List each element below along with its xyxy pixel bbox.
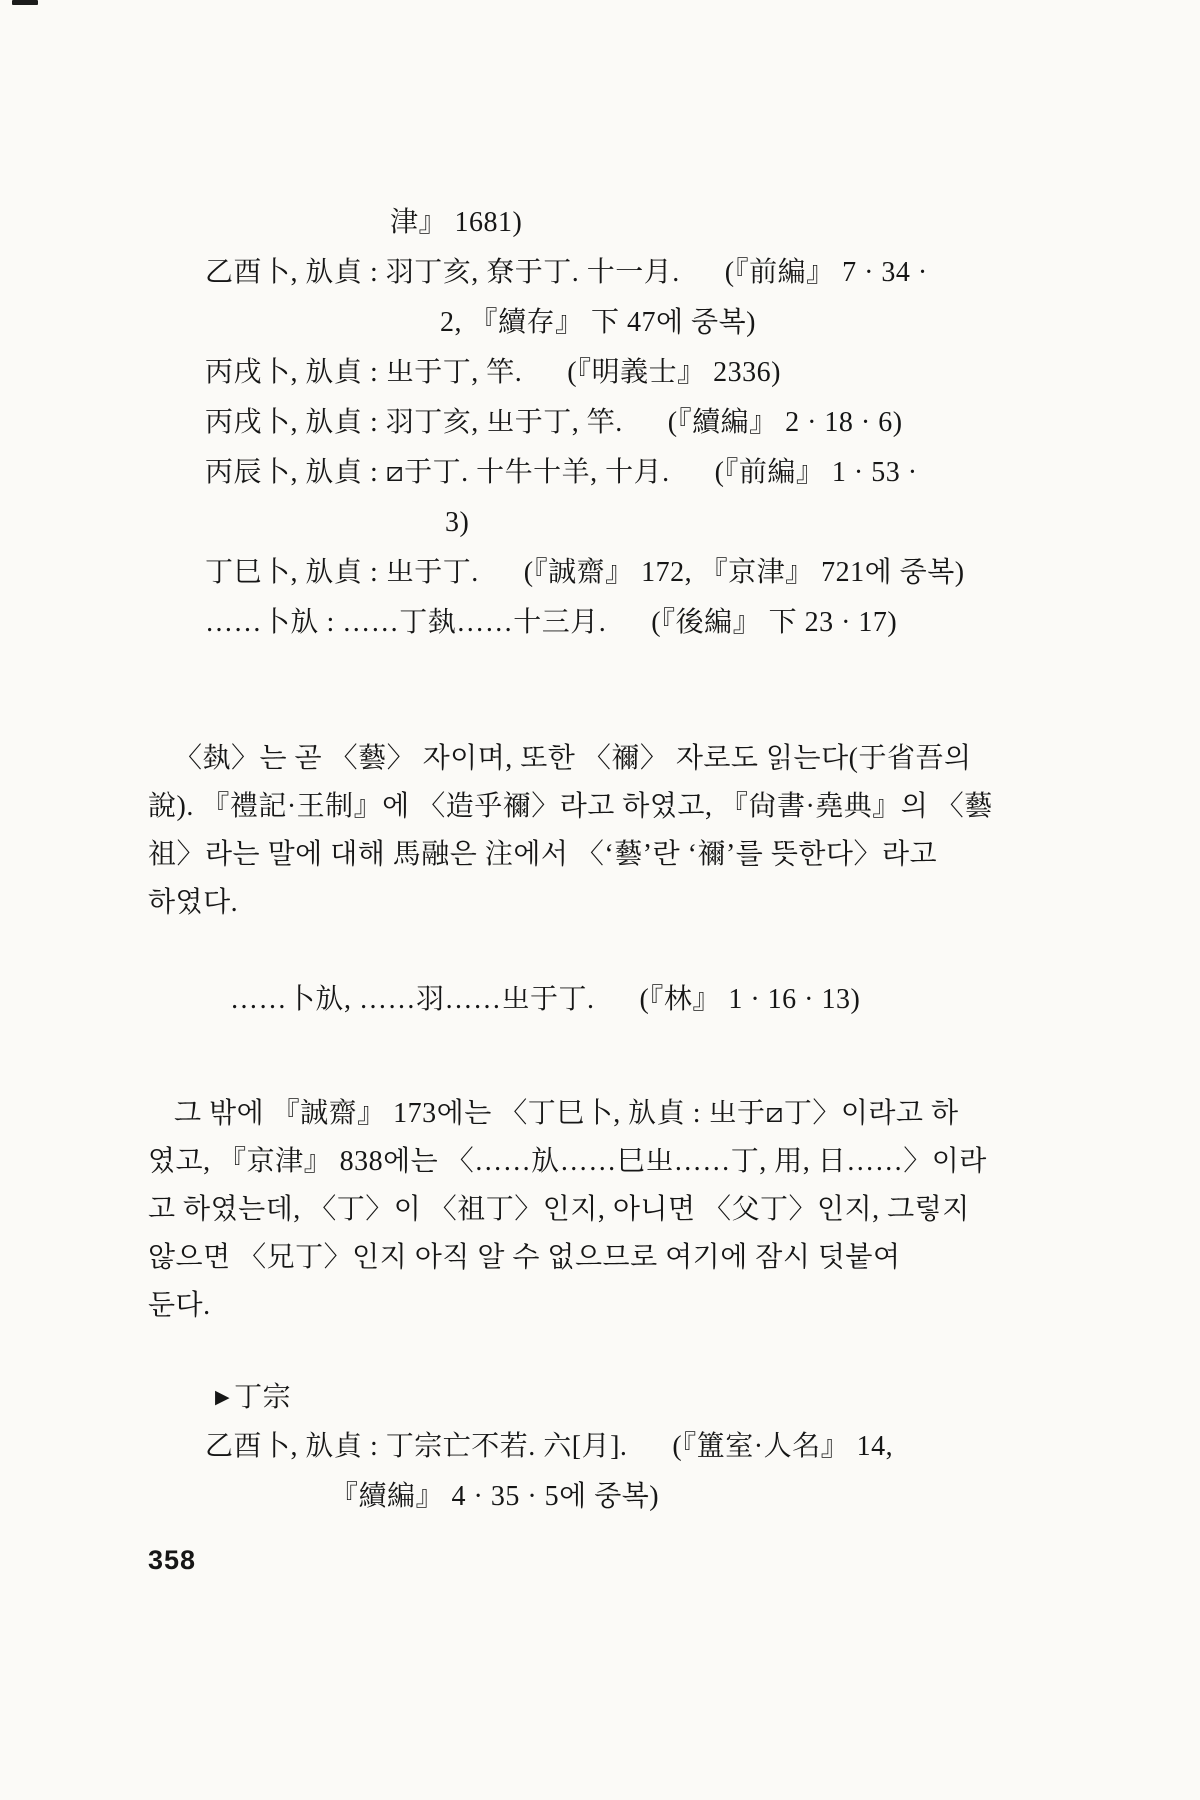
inscription-line: ……卜㫃, ……羽……㞢于丁. (『林』 1 · 16 · 13) xyxy=(148,975,1055,1025)
section-title: 丁宗 xyxy=(234,1382,291,1413)
scan-artifact xyxy=(12,0,38,5)
inscription-line: ……卜㫃 : ……丁埶……十三月. (『後編』 下 23 · 17) xyxy=(148,598,1055,648)
paragraph-line: 하였다. xyxy=(148,879,1055,927)
paragraph-line: 그 밖에 『誠齋』 173에는 〈丁巳卜, 㫃貞 : 㞢于⧄丁〉이라고 하 xyxy=(148,1090,1055,1138)
inscription-block-2: ……卜㫃, ……羽……㞢于丁. (『林』 1 · 16 · 13) xyxy=(148,975,1055,1025)
paragraph-line: 〈埶〉는 곧 〈藝〉 자이며, 또한 〈禰〉 자로도 읽는다(于省吾의 xyxy=(148,735,1055,783)
inscription-line: 乙酉卜, 㫃貞 : 羽丁亥, 尞于丁. 十一月. (『前編』 7 · 34 · xyxy=(148,248,1055,298)
inscription-line: 丙戌卜, 㫃貞 : 羽丁亥, 㞢于丁, 竿. (『續編』 2 · 18 · 6) xyxy=(148,398,1055,448)
inscription-line: 『續編』 4 · 35 · 5에 중복) xyxy=(148,1472,1055,1522)
inscription-line: 丙辰卜, 㫃貞 : ⧄于丁. 十牛十羊, 十月. (『前編』 1 · 53 · xyxy=(148,448,1055,498)
paragraph-line: 였고, 『京津』 838에는 〈……㫃……巳㞢……丁, 用, 日……〉이라 xyxy=(148,1138,1055,1186)
inscription-block-3: 乙酉卜, 㫃貞 : 丁宗亡不若. 六[月]. (『簠室·人名』 14, 『續編』… xyxy=(148,1422,1055,1522)
inscription-line: 津』 1681) xyxy=(148,198,1055,248)
page-number: 358 xyxy=(148,1545,1055,1576)
paragraph-line: 祖〉라는 말에 대해 馬融은 注에서 〈‘藝’란 ‘禰’를 뜻한다〉라고 xyxy=(148,831,1055,879)
page-content: 津』 1681) 乙酉卜, 㫃貞 : 羽丁亥, 尞于丁. 十一月. (『前編』 … xyxy=(148,198,1055,1576)
book-page: 津』 1681) 乙酉卜, 㫃貞 : 羽丁亥, 尞于丁. 十一月. (『前編』 … xyxy=(0,0,1200,1800)
paragraph-line: 않으면 〈兄丁〉인지 아직 알 수 없으므로 여기에 잠시 덧붙여 xyxy=(148,1234,1055,1282)
inscription-line: 丁巳卜, 㫃貞 : 㞢于丁. (『誠齋』 172, 『京津』 721에 중복) xyxy=(148,548,1055,598)
inscription-line: 2, 『續存』 下 47에 중복) xyxy=(148,298,1055,348)
inscription-line: 3) xyxy=(148,498,1055,548)
paragraph-line: 고 하였는데, 〈丁〉이 〈祖丁〉인지, 아니면 〈父丁〉인지, 그렇지 xyxy=(148,1186,1055,1234)
section-heading: ▶丁宗 xyxy=(148,1372,1055,1422)
paragraph-line: 둔다. xyxy=(148,1282,1055,1330)
inscription-line: 丙戌卜, 㫃貞 : 㞢于丁, 竿. (『明義士』 2336) xyxy=(148,348,1055,398)
commentary-paragraph-2: 그 밖에 『誠齋』 173에는 〈丁巳卜, 㫃貞 : 㞢于⧄丁〉이라고 하 였고… xyxy=(148,1090,1055,1330)
inscription-block-1: 津』 1681) 乙酉卜, 㫃貞 : 羽丁亥, 尞于丁. 十一月. (『前編』 … xyxy=(148,198,1055,648)
triangle-bullet-icon: ▶ xyxy=(215,1386,230,1408)
commentary-paragraph-1: 〈埶〉는 곧 〈藝〉 자이며, 또한 〈禰〉 자로도 읽는다(于省吾의 說). … xyxy=(148,735,1055,927)
inscription-line: 乙酉卜, 㫃貞 : 丁宗亡不若. 六[月]. (『簠室·人名』 14, xyxy=(148,1422,1055,1472)
paragraph-line: 說). 『禮記·王制』에 〈造乎禰〉라고 하였고, 『尙書·堯典』의 〈藝 xyxy=(148,783,1055,831)
